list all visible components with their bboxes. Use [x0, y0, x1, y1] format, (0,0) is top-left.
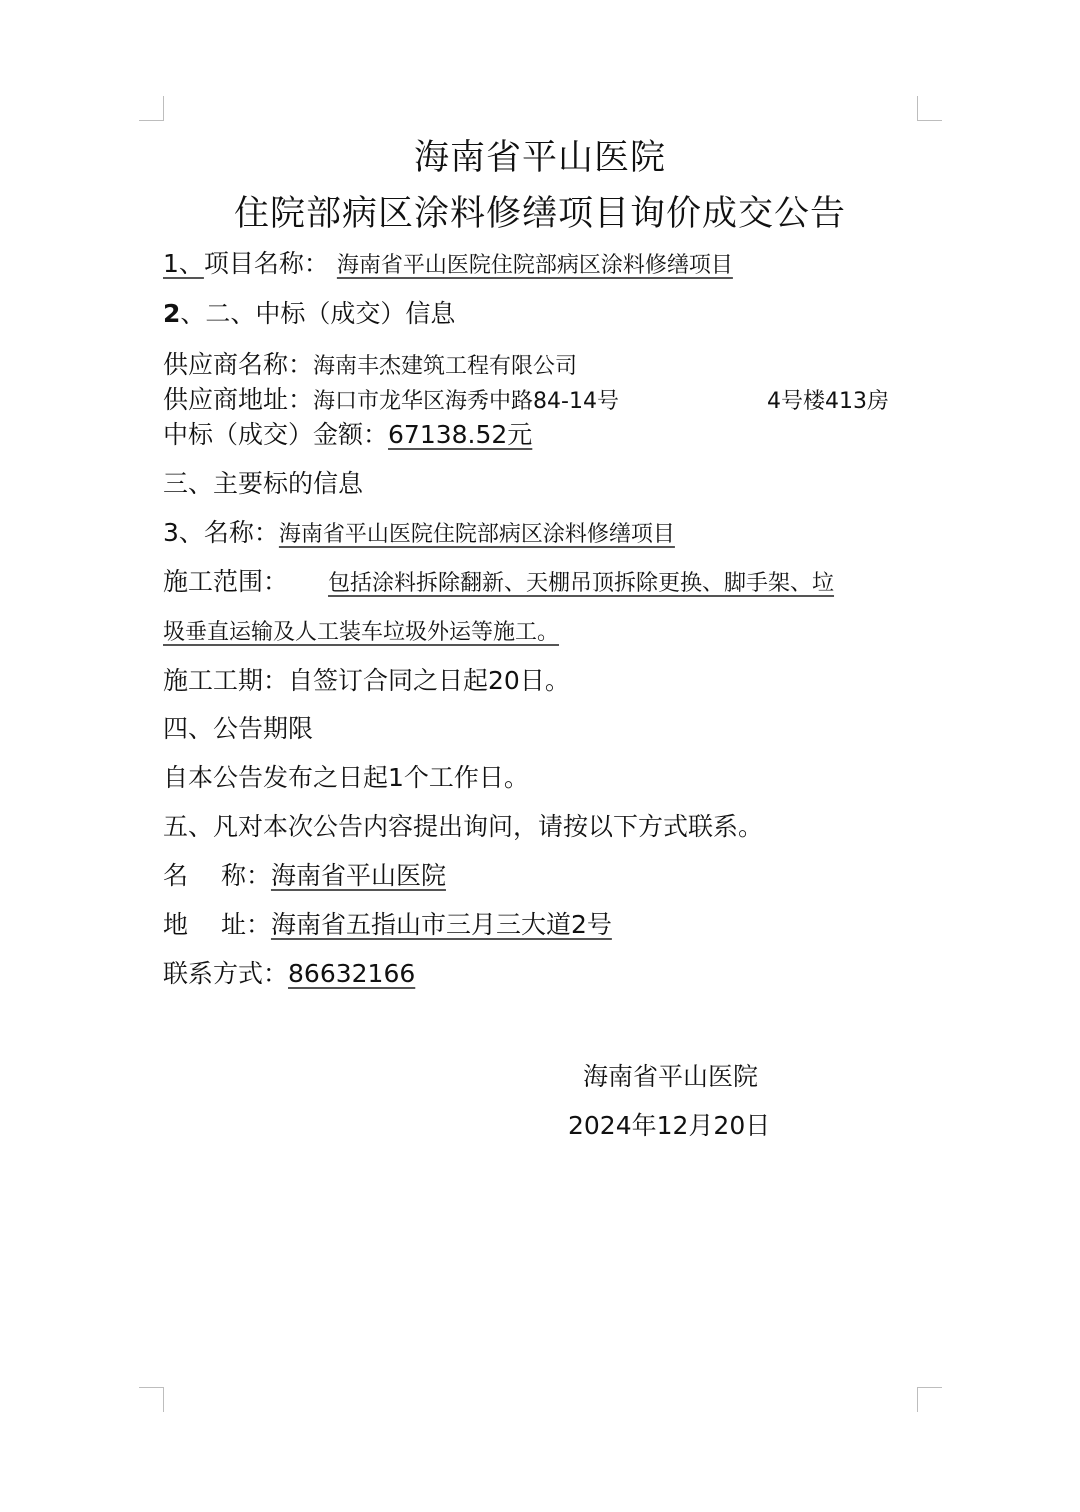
contact-name-label: 名 称：: [163, 861, 271, 890]
section3-heading: 三、主要标的信息: [163, 469, 363, 499]
document-title-line1: 海南省平山医院: [0, 130, 1080, 180]
period-value: 自签订合同之日起20日。: [288, 666, 570, 695]
signature-org: 海南省平山医院: [583, 1057, 758, 1093]
signature-date: 2024年12月20日: [568, 1106, 770, 1142]
page-corner-mark-top-right: [917, 96, 942, 121]
contact-name-row: 名 称：海南省平山医院: [163, 861, 446, 891]
project-name-row: 1、项目名称： 海南省平山医院住院部病区涂料修缮项目: [163, 249, 733, 279]
supplier-name-label: 供应商名称：: [163, 350, 313, 379]
supplier-name-row: 供应商名称：海南丰杰建筑工程有限公司: [163, 350, 577, 380]
contact-phone-value: 86632166: [288, 959, 441, 988]
page-corner-mark-bottom-left: [139, 1387, 164, 1412]
contact-phone-label: 联系方式：: [163, 959, 288, 988]
supplier-name-value: 海南丰杰建筑工程有限公司: [313, 354, 577, 379]
section4-text: 自本公告发布之日起1个工作日。: [163, 763, 529, 793]
project-name-label: 项目名称：: [204, 249, 329, 278]
item1-number: 1、: [163, 249, 204, 278]
period-row: 施工工期：自签订合同之日起20日。: [163, 666, 570, 696]
period-label: 施工工期：: [163, 666, 288, 695]
bid-amount-row: 中标（成交）金额：67138.52元: [163, 420, 532, 450]
subject-name-value: 海南省平山医院住院部病区涂料修缮项目: [279, 522, 675, 547]
contact-address-value: 海南省五指山市三月三大道2号: [271, 910, 612, 939]
bid-amount-label: 中标（成交）金额：: [163, 420, 388, 449]
section2-heading: 2、二、中标（成交）信息: [163, 299, 455, 329]
document-title-line2: 住院部病区涂料修缮项目询价成交公告: [0, 186, 1080, 236]
contact-phone-row: 联系方式：86632166: [163, 959, 441, 989]
scope-value-line2-row: 圾垂直运输及人工装车垃圾外运等施工。: [163, 620, 559, 646]
supplier-address-row: 供应商地址：海口市龙华区海秀中路84-14号4号楼413房: [163, 385, 889, 415]
contact-address-row: 地 址：海南省五指山市三月三大道2号: [163, 910, 612, 940]
project-name-value: 海南省平山医院住院部病区涂料修缮项目: [337, 253, 733, 278]
bid-amount-value: 67138.52元: [388, 420, 532, 449]
scope-value-line2: 圾垂直运输及人工装车垃圾外运等施工。: [163, 620, 559, 645]
item2-number: 2: [163, 299, 180, 328]
supplier-address-suffix: 4号楼413房: [767, 389, 889, 414]
scope-label: 施工范围：: [163, 567, 288, 596]
subject-name-row: 3、名称：海南省平山医院住院部病区涂料修缮项目: [163, 518, 675, 548]
scope-row: 施工范围：包括涂料拆除翻新、天棚吊顶拆除更换、脚手架、垃: [163, 567, 834, 597]
item2-heading-text: 、二、中标（成交）信息: [180, 299, 455, 328]
scope-value-line1: 包括涂料拆除翻新、天棚吊顶拆除更换、脚手架、垃: [328, 571, 834, 596]
subject-name-label: 3、名称：: [163, 518, 279, 547]
section5-heading: 五、凡对本次公告内容提出询问，请按以下方式联系。: [163, 812, 763, 842]
section4-heading: 四、公告期限: [163, 714, 313, 744]
supplier-address-value: 海口市龙华区海秀中路84-14号: [313, 389, 619, 414]
page-corner-mark-bottom-right: [917, 1387, 942, 1412]
supplier-address-label: 供应商地址：: [163, 385, 313, 414]
contact-address-label: 地 址：: [163, 910, 271, 939]
contact-name-value: 海南省平山医院: [271, 861, 446, 890]
page-corner-mark-top-left: [139, 96, 164, 121]
